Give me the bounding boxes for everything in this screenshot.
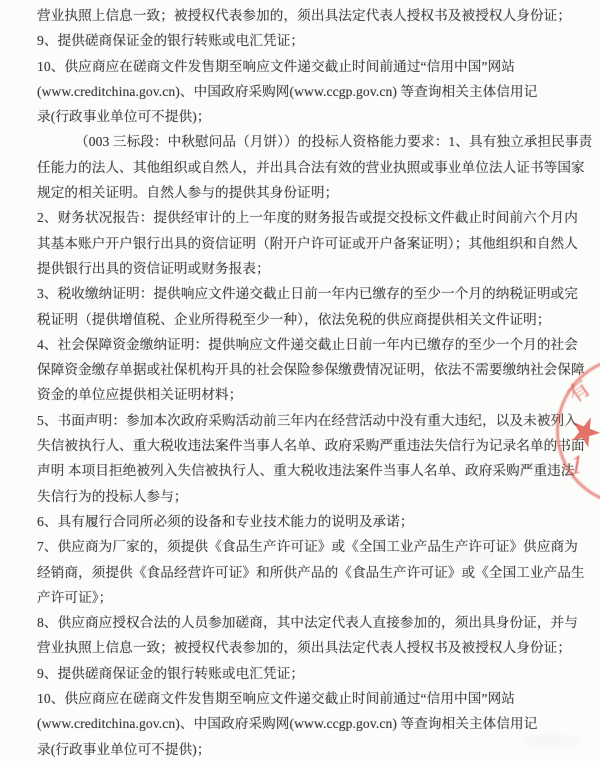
text-line: 9、提供磋商保证金的银行转账或电汇凭证； [37,661,593,686]
text-line: 7、供应商为厂家的，须提供《食品生产许可证》或《全国工业产品生产许可证》供应商为 [37,534,593,559]
text-line: 声明 本项目拒绝被列入失信被执行人、重大税收违法案件当事人名单、政府采购严重违法 [37,458,593,483]
text-line: （003 三标段：中秋慰问品（月饼））的投标人资格能力要求：1、具有独立承担民事… [37,129,593,154]
text-line: 失信行为的投标人参与； [37,484,593,509]
text-line: 营业执照上信息一致；被授权代表参加的，须出具法定代表人授权书及被授权人身份证； [37,635,593,660]
text-line: 规定的相关证明。自然人参与的提供其身份证明； [37,180,593,205]
text-line: 提供银行出具的资信证明或财务报表； [37,256,593,281]
text-line: 产许可证》； [37,585,593,610]
text-line: 录(行政事业单位可不提供)； [37,737,593,761]
text-line: 保障资金缴存单据或社保机构开具的社会保险参保缴费情况证明，依法不需要缴纳社会保障 [37,357,593,382]
scan-smudge [520,735,580,747]
text-line: 6、具有履行合同所必须的设备和专业技术能力的说明及承诺； [37,509,593,534]
text-line: 5、书面声明：参加本次政府采购活动前三年内在经营活动中没有重大违纪，以及未被列入 [37,408,593,433]
text-line: 任能力的法人、其他组织或自然人，并出具合法有效的营业执照或事业单位法人证书等国家 [37,155,593,180]
text-line: 8、供应商应授权合法的人员参加磋商，其中法定代表人直接参加的，须出具身份证，并与 [37,610,593,635]
scan-smudge [438,549,494,563]
text-line: 税证明（提供增值税、企业所得税至少一种），依法免税的供应商提供相关文件证明； [37,307,593,332]
document-body: 营业执照上信息一致；被授权代表参加的，须出具法定代表人授权书及被授权人身份证；9… [37,3,593,761]
text-line: 经销商，须提供《食品经营许可证》和所供产品的《食品生产许可证》或《全国工业产品生 [37,560,593,585]
text-line: 其基本账户开户银行出具的资信证明（附开户许可证或开户备案证明）；其他组织和自然人 [37,231,593,256]
text-line: 营业执照上信息一致；被授权代表参加的，须出具法定代表人授权书及被授权人身份证； [37,3,593,28]
text-line: 10、供应商应在磋商文件发售期至响应文件递交截止时间前通过“信用中国”网站 [37,54,593,79]
text-line: 10、供应商应在磋商文件发售期至响应文件递交截止时间前通过“信用中国”网站 [37,686,593,711]
text-line: (www.creditchina.gov.cn)、中国政府采购网(www.ccg… [37,711,593,736]
text-line: 9、提供磋商保证金的银行转账或电汇凭证； [37,28,593,53]
text-line: 失信被执行人、重大税收违法案件当事人名单、政府采购严重违法失信行为记录名单的书面 [37,433,593,458]
text-line: 4、社会保障资金缴纳证明：提供响应文件递交截止日前一年内已缴存的至少一个月的社会 [37,332,593,357]
seal-text-fragment-bottom: 1 [570,449,583,482]
text-line: 录(行政事业单位可不提供)； [37,104,593,129]
text-line: (www.creditchina.gov.cn)、中国政府采购网(www.ccg… [37,79,593,104]
text-line: 3、税收缴纳证明：提供响应文件递交截止日前一年内已缴存的至少一个月的纳税证明或完 [37,281,593,306]
text-line: 2、财务状况报告：提供经审计的上一年度的财务报告或提交投标文件截止时间前六个月内 [37,205,593,230]
scanned-document-page: 营业执照上信息一致；被授权代表参加的，须出具法定代表人授权书及被授权人身份证；9… [0,0,600,761]
text-line: 资金的单位应提供相关证明材料； [37,382,593,407]
